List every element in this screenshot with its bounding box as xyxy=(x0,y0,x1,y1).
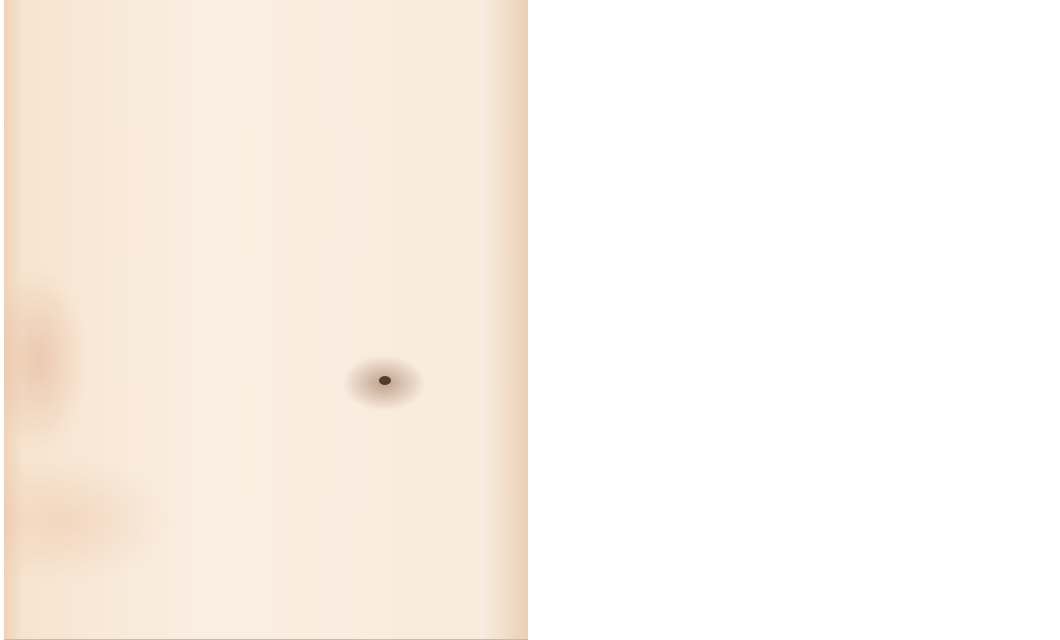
left-page xyxy=(4,0,528,640)
ink-blot xyxy=(379,376,391,385)
manuscript-spread xyxy=(0,0,1060,640)
